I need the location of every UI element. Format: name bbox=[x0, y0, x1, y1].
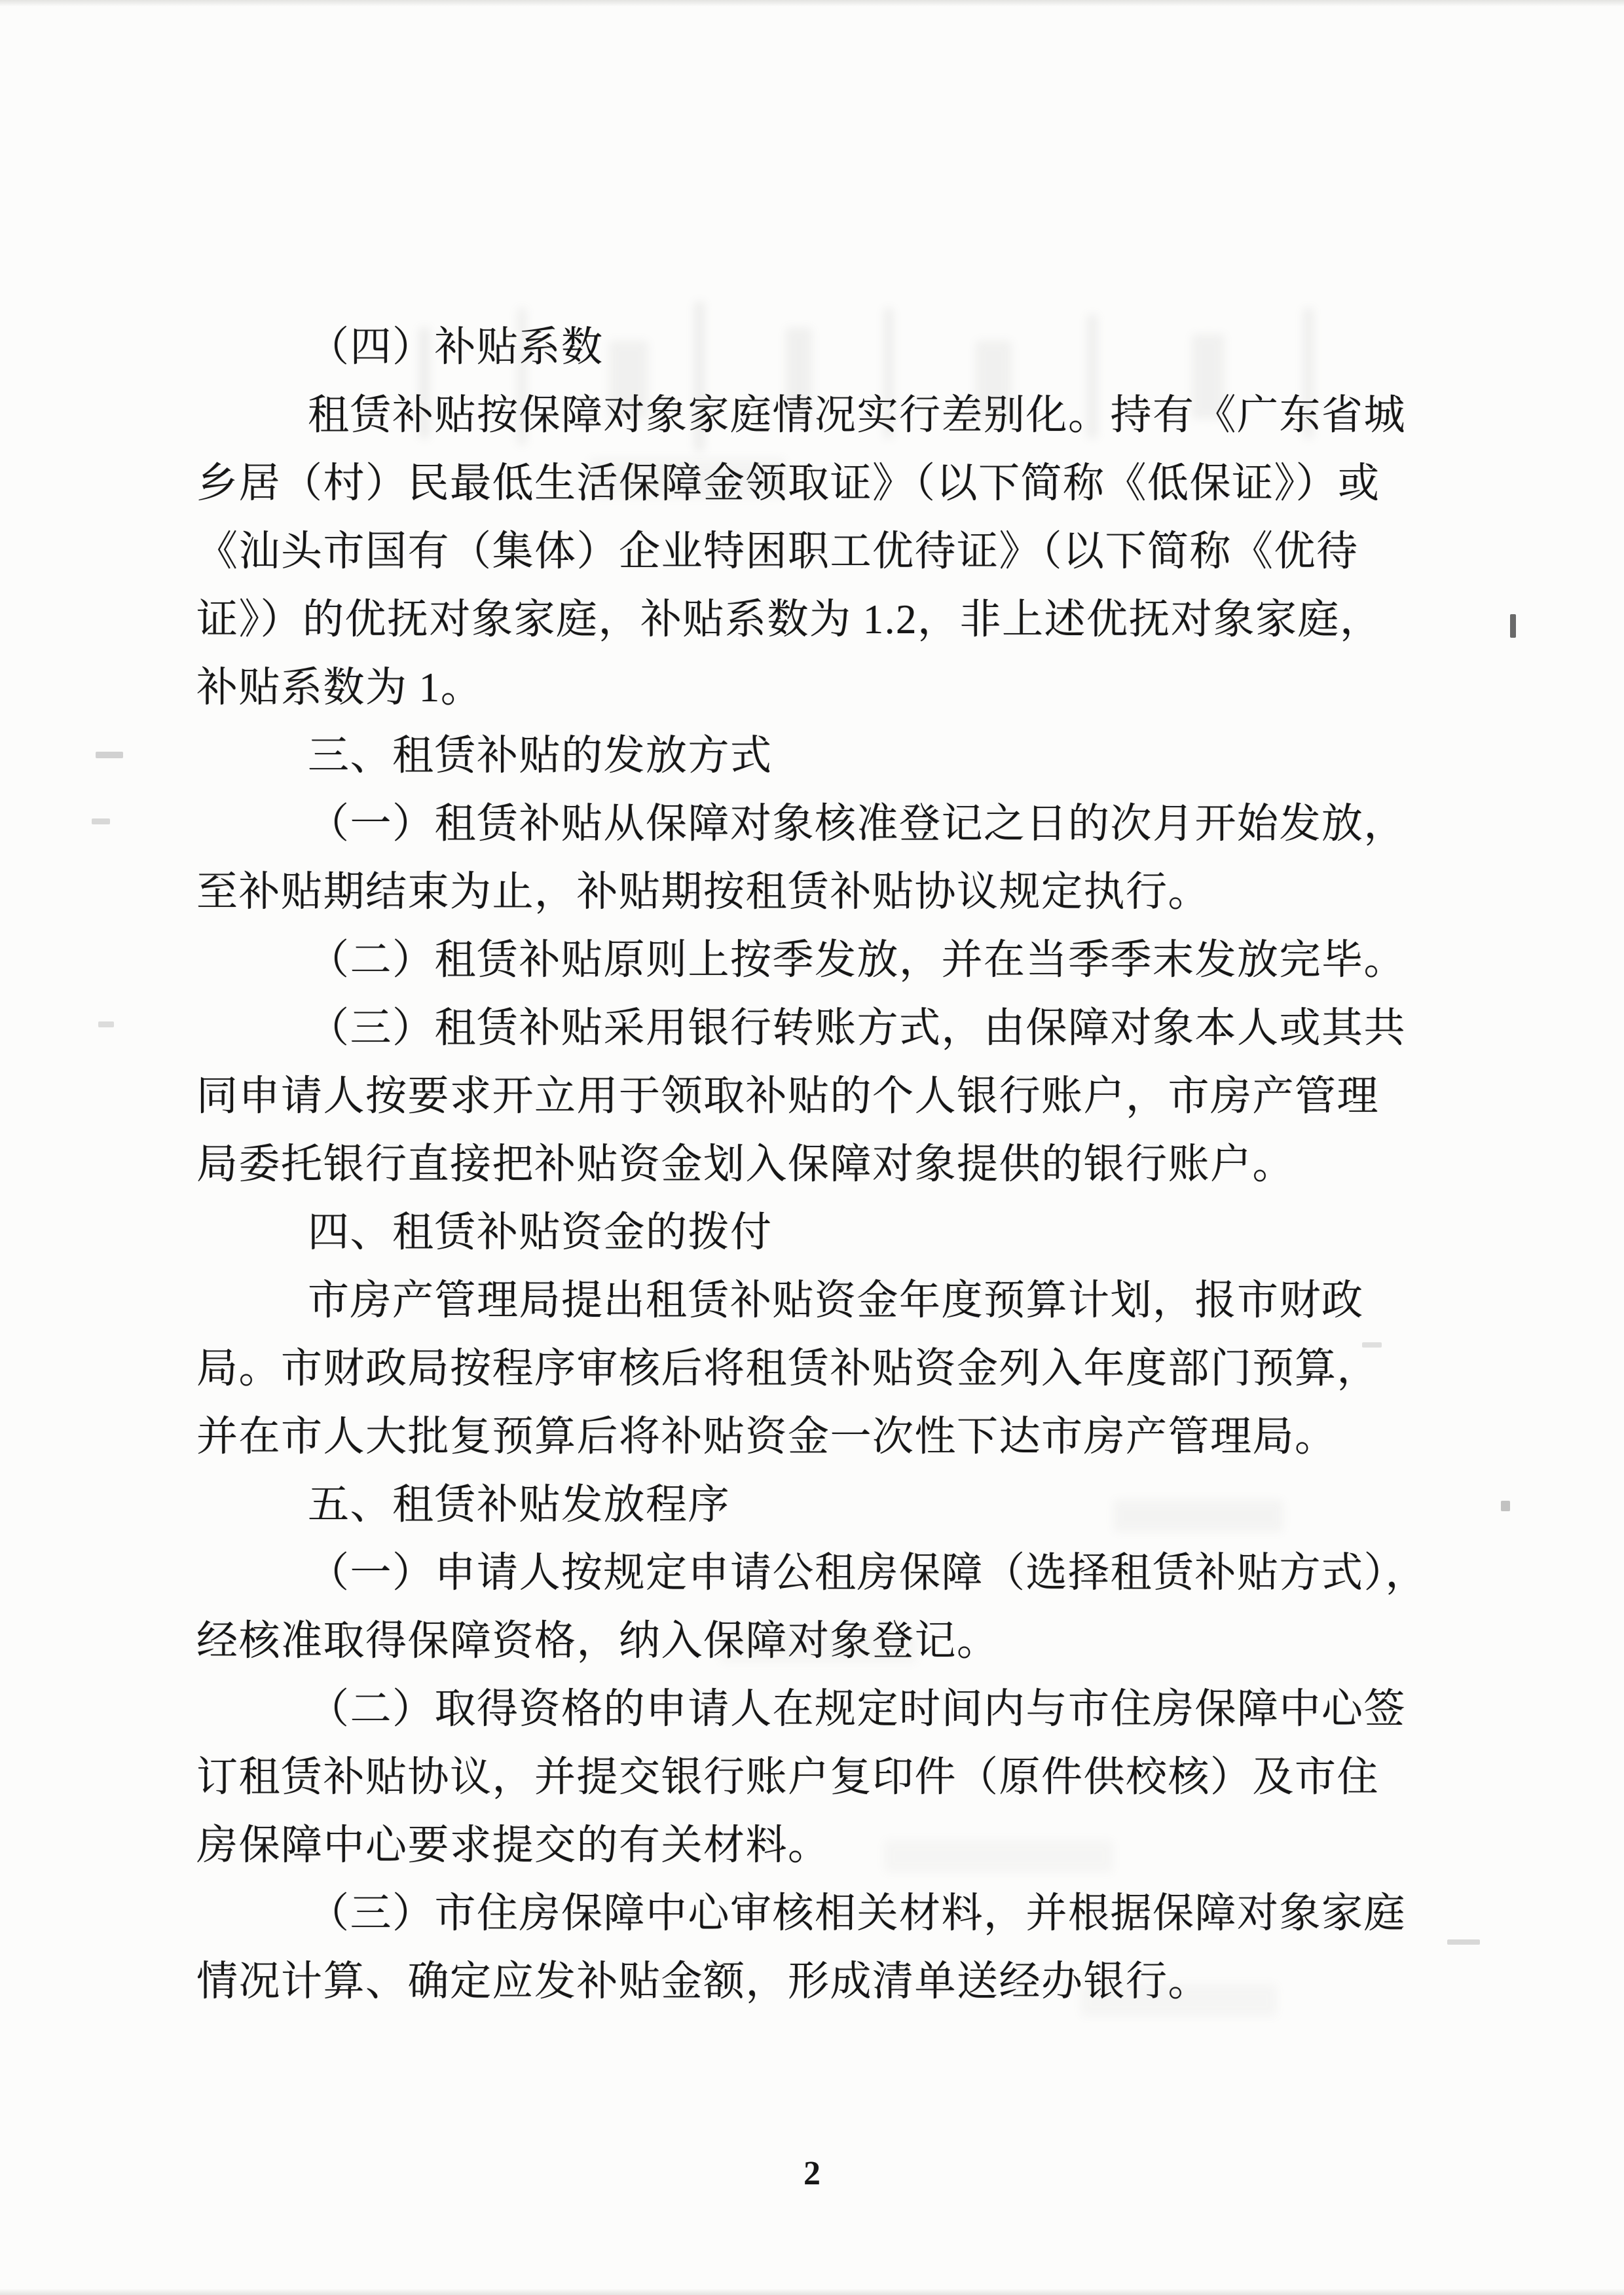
scan-speck bbox=[96, 752, 123, 758]
scan-speck bbox=[1510, 614, 1516, 638]
text-line: （一）申请人按规定申请公租房保障（选择租赁补贴方式）， bbox=[196, 1539, 1452, 1607]
text-line: 至补贴期结束为止，补贴期按租赁补贴协议规定执行。 bbox=[196, 858, 1452, 926]
page-number: 2 bbox=[0, 2154, 1624, 2193]
text-line: 乡居（村）民最低生活保障金领取证》（以下简称《低保证》）或 bbox=[196, 449, 1452, 517]
text-line: 五、租赁补贴发放程序 bbox=[196, 1471, 1452, 1539]
text-line: 《汕头市国有（集体）企业特困职工优待证》（以下简称《优待 bbox=[196, 517, 1452, 585]
text-line: 租赁补贴按保障对象家庭情况实行差别化。持有《广东省城 bbox=[196, 381, 1452, 449]
text-line: 证》）的优抚对象家庭，补贴系数为 1.2，非上述优抚对象家庭， bbox=[196, 585, 1452, 653]
text-line: （一）租赁补贴从保障对象核准登记之日的次月开始发放， bbox=[196, 790, 1452, 858]
scan-edge-top bbox=[0, 0, 1624, 7]
text-line: 订租赁补贴协议，并提交银行账户复印件（原件供校核）及市住 bbox=[196, 1743, 1452, 1811]
text-line: 市房产管理局提出租赁补贴资金年度预算计划，报市财政 bbox=[196, 1266, 1452, 1334]
text-line: 三、租赁补贴的发放方式 bbox=[196, 722, 1452, 790]
text-line: （四）补贴系数 bbox=[196, 313, 1452, 381]
document-text-block: （四）补贴系数租赁补贴按保障对象家庭情况实行差别化。持有《广东省城乡居（村）民最… bbox=[196, 313, 1452, 2015]
scan-speck bbox=[1501, 1501, 1510, 1511]
text-line: 局委托银行直接把补贴资金划入保障对象提供的银行账户。 bbox=[196, 1130, 1452, 1198]
scanned-document-page: （四）补贴系数租赁补贴按保障对象家庭情况实行差别化。持有《广东省城乡居（村）民最… bbox=[0, 0, 1624, 2295]
text-line: 四、租赁补贴资金的拨付 bbox=[196, 1198, 1452, 1266]
text-line: 同申请人按要求开立用于领取补贴的个人银行账户，市房产管理 bbox=[196, 1062, 1452, 1130]
text-line: 经核准取得保障资格，纳入保障对象登记。 bbox=[196, 1607, 1452, 1675]
text-line: 局。市财政局按程序审核后将租赁补贴资金列入年度部门预算， bbox=[196, 1334, 1452, 1403]
text-line: （二）取得资格的申请人在规定时间内与市住房保障中心签 bbox=[196, 1675, 1452, 1743]
scan-edge-bottom bbox=[0, 2288, 1624, 2295]
text-line: 房保障中心要求提交的有关材料。 bbox=[196, 1811, 1452, 1879]
scan-speck bbox=[92, 818, 110, 824]
text-line: （三）市住房保障中心审核相关材料，并根据保障对象家庭 bbox=[196, 1879, 1452, 1947]
text-line: 情况计算、确定应发补贴金额，形成清单送经办银行。 bbox=[196, 1947, 1452, 2015]
text-line: （三）租赁补贴采用银行转账方式，由保障对象本人或其共 bbox=[196, 994, 1452, 1062]
text-line: 补贴系数为 1。 bbox=[196, 653, 1452, 722]
scan-speck bbox=[98, 1021, 114, 1027]
text-line: 并在市人大批复预算后将补贴资金一次性下达市房产管理局。 bbox=[196, 1403, 1452, 1471]
text-line: （二）租赁补贴原则上按季发放，并在当季季末发放完毕。 bbox=[196, 926, 1452, 994]
